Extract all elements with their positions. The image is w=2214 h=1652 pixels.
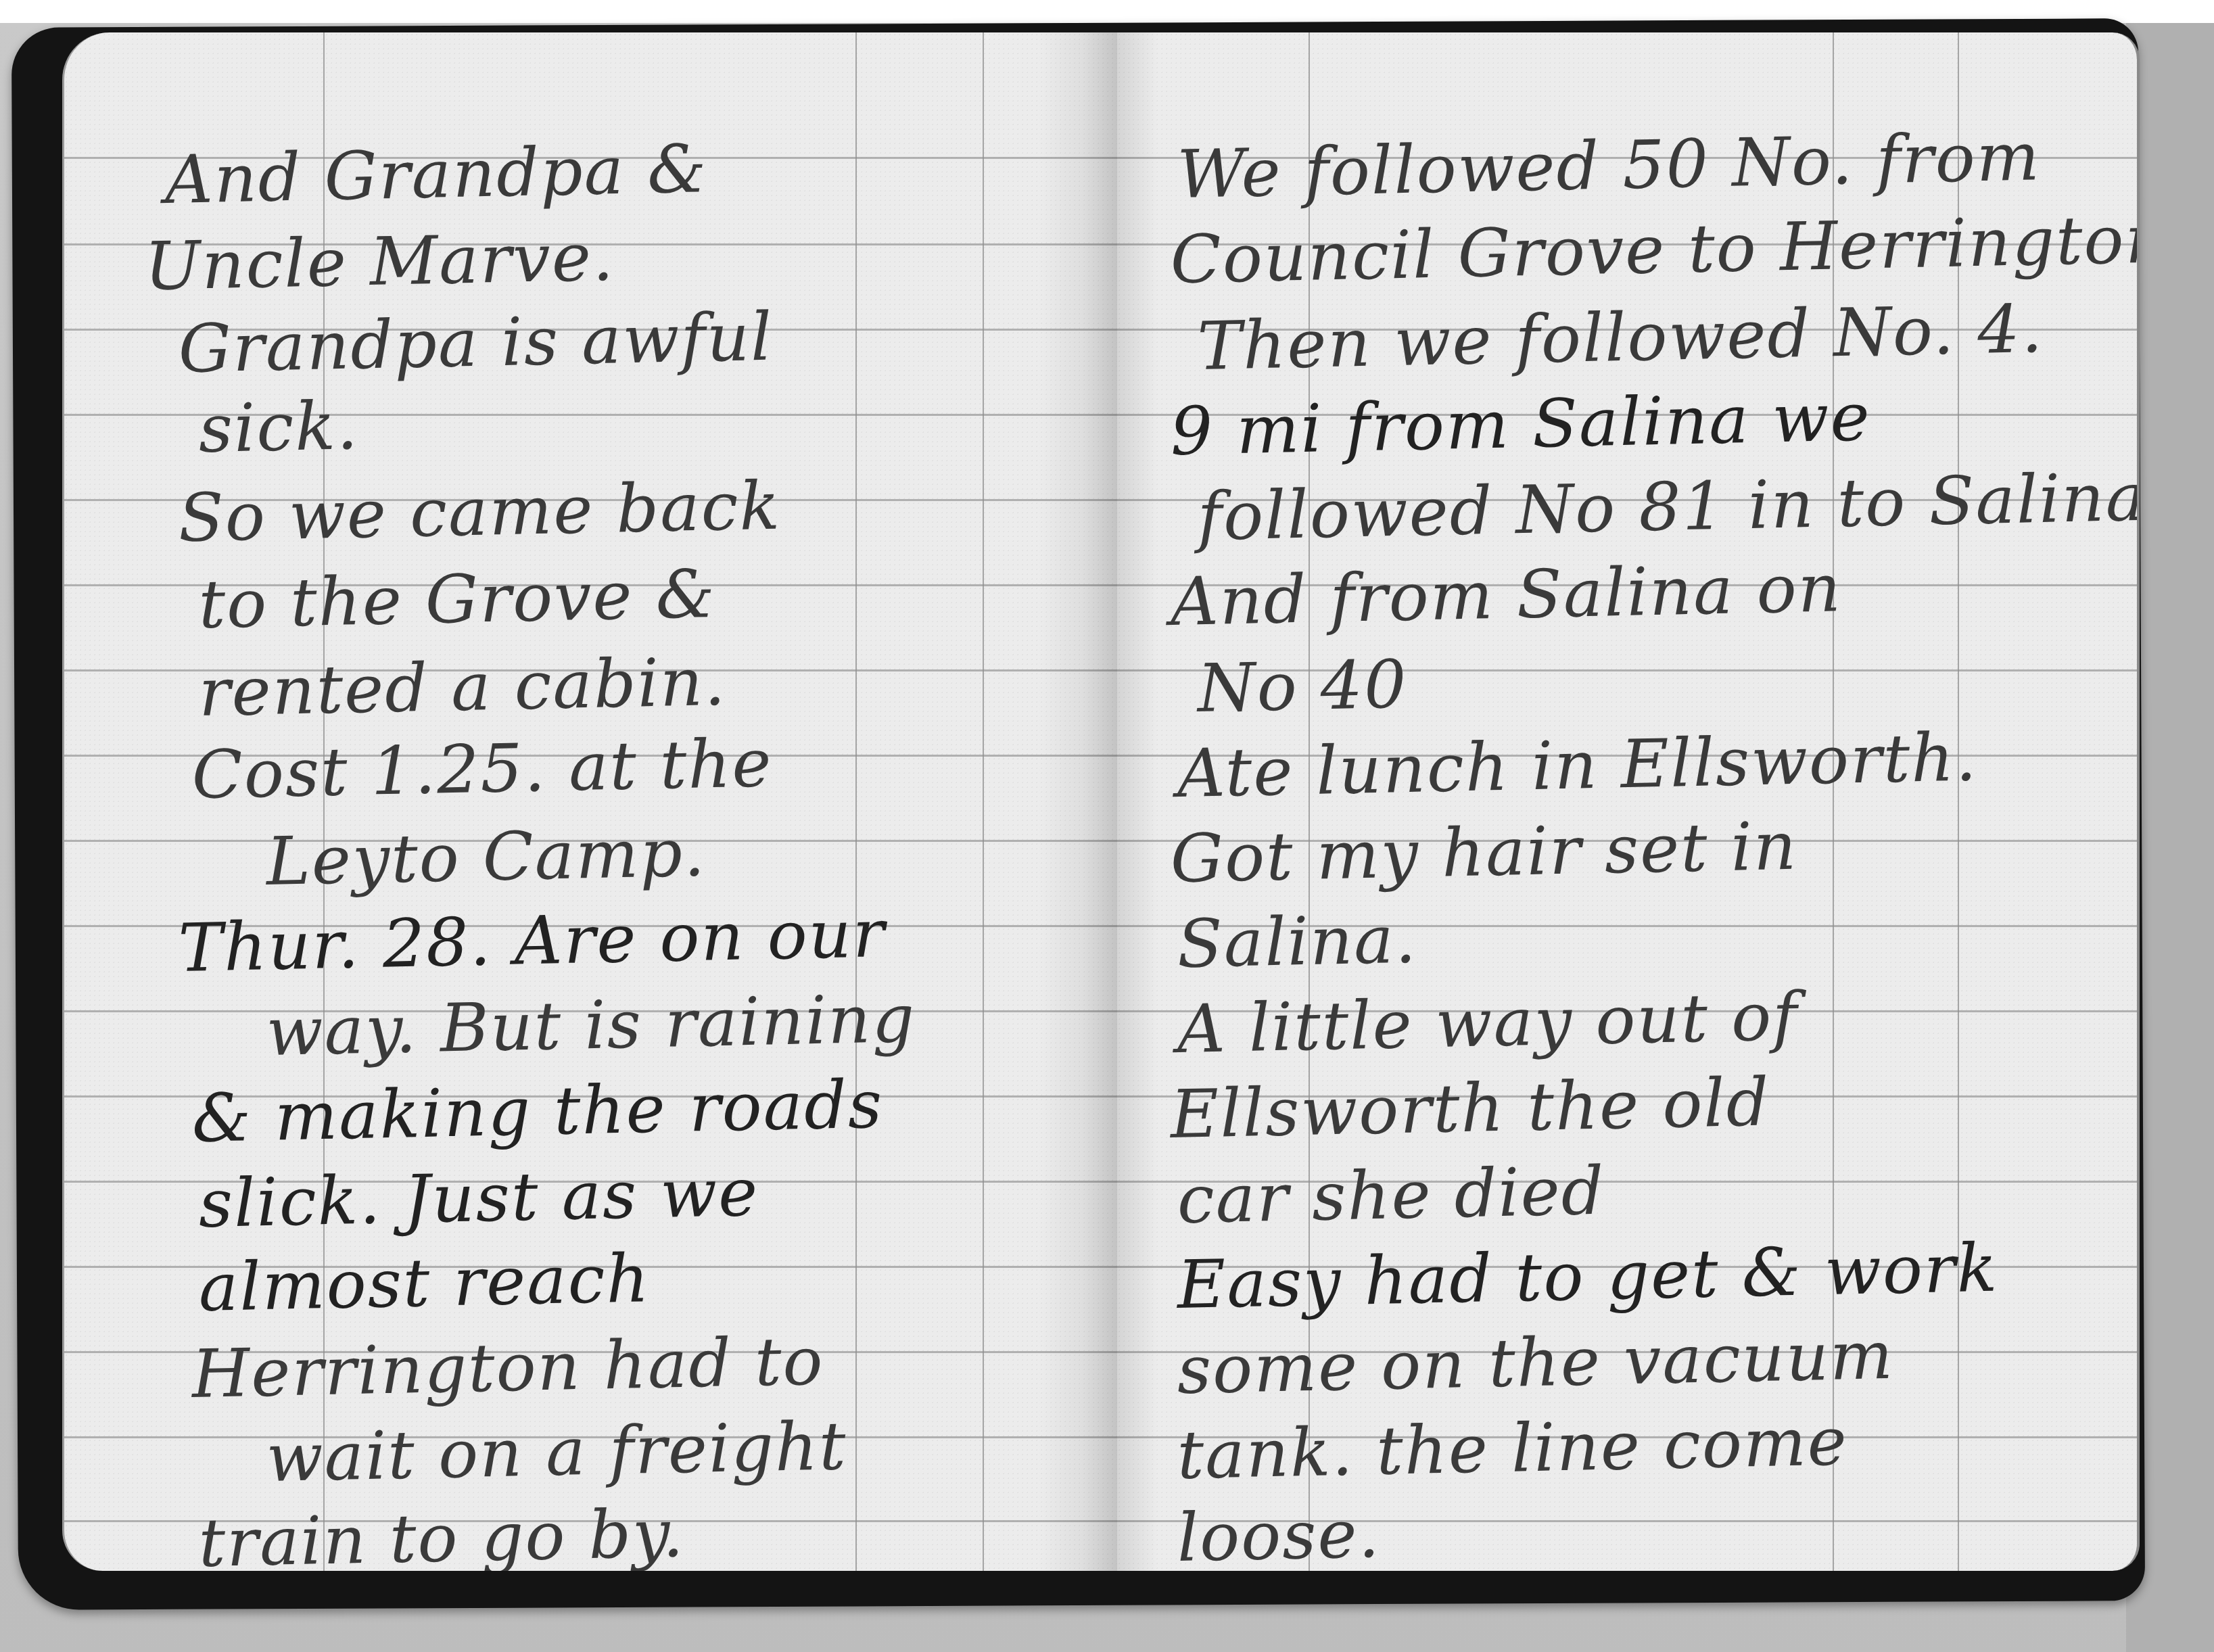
handwritten-line: slick. Just as we bbox=[198, 1154, 760, 1243]
gutter-shadow bbox=[1038, 32, 1119, 1571]
handwritten-line: way. But is raining bbox=[266, 981, 917, 1071]
handwritten-line: train to go by. bbox=[198, 1495, 686, 1571]
handwritten-line: loose. bbox=[1177, 1496, 1382, 1571]
handwritten-line: We followed 50 No. from bbox=[1177, 118, 2042, 214]
handwritten-line: almost reach bbox=[198, 1240, 651, 1327]
handwritten-line: Council Grove to Herrington bbox=[1170, 201, 2140, 299]
handwritten-line: Herrington had to bbox=[191, 1323, 825, 1413]
handwritten-line: 9 mi from Salina we bbox=[1170, 379, 1872, 471]
handwritten-line: Cost 1.25. at the bbox=[191, 725, 774, 814]
handwritten-line: Grandpa is awful bbox=[178, 299, 774, 388]
handwritten-line: followed No 81 in to Salina. bbox=[1197, 458, 2140, 556]
handwritten-line: tank. the line come bbox=[1177, 1403, 1849, 1494]
column-line bbox=[983, 32, 984, 1571]
handwritten-line: sick. bbox=[198, 387, 360, 468]
handwritten-line: rented a cabin. bbox=[198, 644, 728, 732]
handwritten-line: to the Grove & bbox=[198, 556, 717, 644]
handwritten-line: A little way out of bbox=[1177, 978, 1799, 1068]
handwritten-line: Ellsworth the old bbox=[1170, 1064, 1771, 1154]
handwritten-line: Salina. bbox=[1177, 901, 1418, 983]
handwritten-line: & making the roads bbox=[191, 1066, 885, 1158]
diary-entry-date-line: Thur. 28. Are on our bbox=[178, 895, 887, 987]
handwritten-line: wait on a freight bbox=[266, 1408, 848, 1497]
right-page: We followed 50 No. from Council Grove to… bbox=[1117, 32, 2140, 1571]
handwritten-line: And Grandpa & bbox=[164, 131, 709, 219]
handwritten-line: Leyto Camp. bbox=[266, 814, 707, 901]
gutter-shadow bbox=[1117, 32, 1158, 1571]
handwritten-line: Ate lunch in Ellsworth. bbox=[1177, 719, 1979, 813]
column-line bbox=[855, 32, 857, 1571]
handwritten-line: Got my hair set in bbox=[1170, 808, 1799, 898]
handwritten-line: So we came back bbox=[178, 467, 782, 557]
left-page: And Grandpa & Uncle Marve. Grandpa is aw… bbox=[62, 32, 1119, 1571]
handwritten-line: No 40 bbox=[1197, 646, 1409, 728]
handwritten-line: Then we followed No. 4. bbox=[1197, 291, 2044, 385]
handwritten-line: car she died bbox=[1177, 1153, 1606, 1239]
handwritten-line: Easy had to get & work bbox=[1177, 1230, 2000, 1324]
handwritten-line: Uncle Marve. bbox=[144, 218, 615, 306]
handwritten-line: some on the vacuum bbox=[1177, 1317, 1895, 1409]
handwritten-line: And from Salina on bbox=[1170, 550, 1843, 641]
